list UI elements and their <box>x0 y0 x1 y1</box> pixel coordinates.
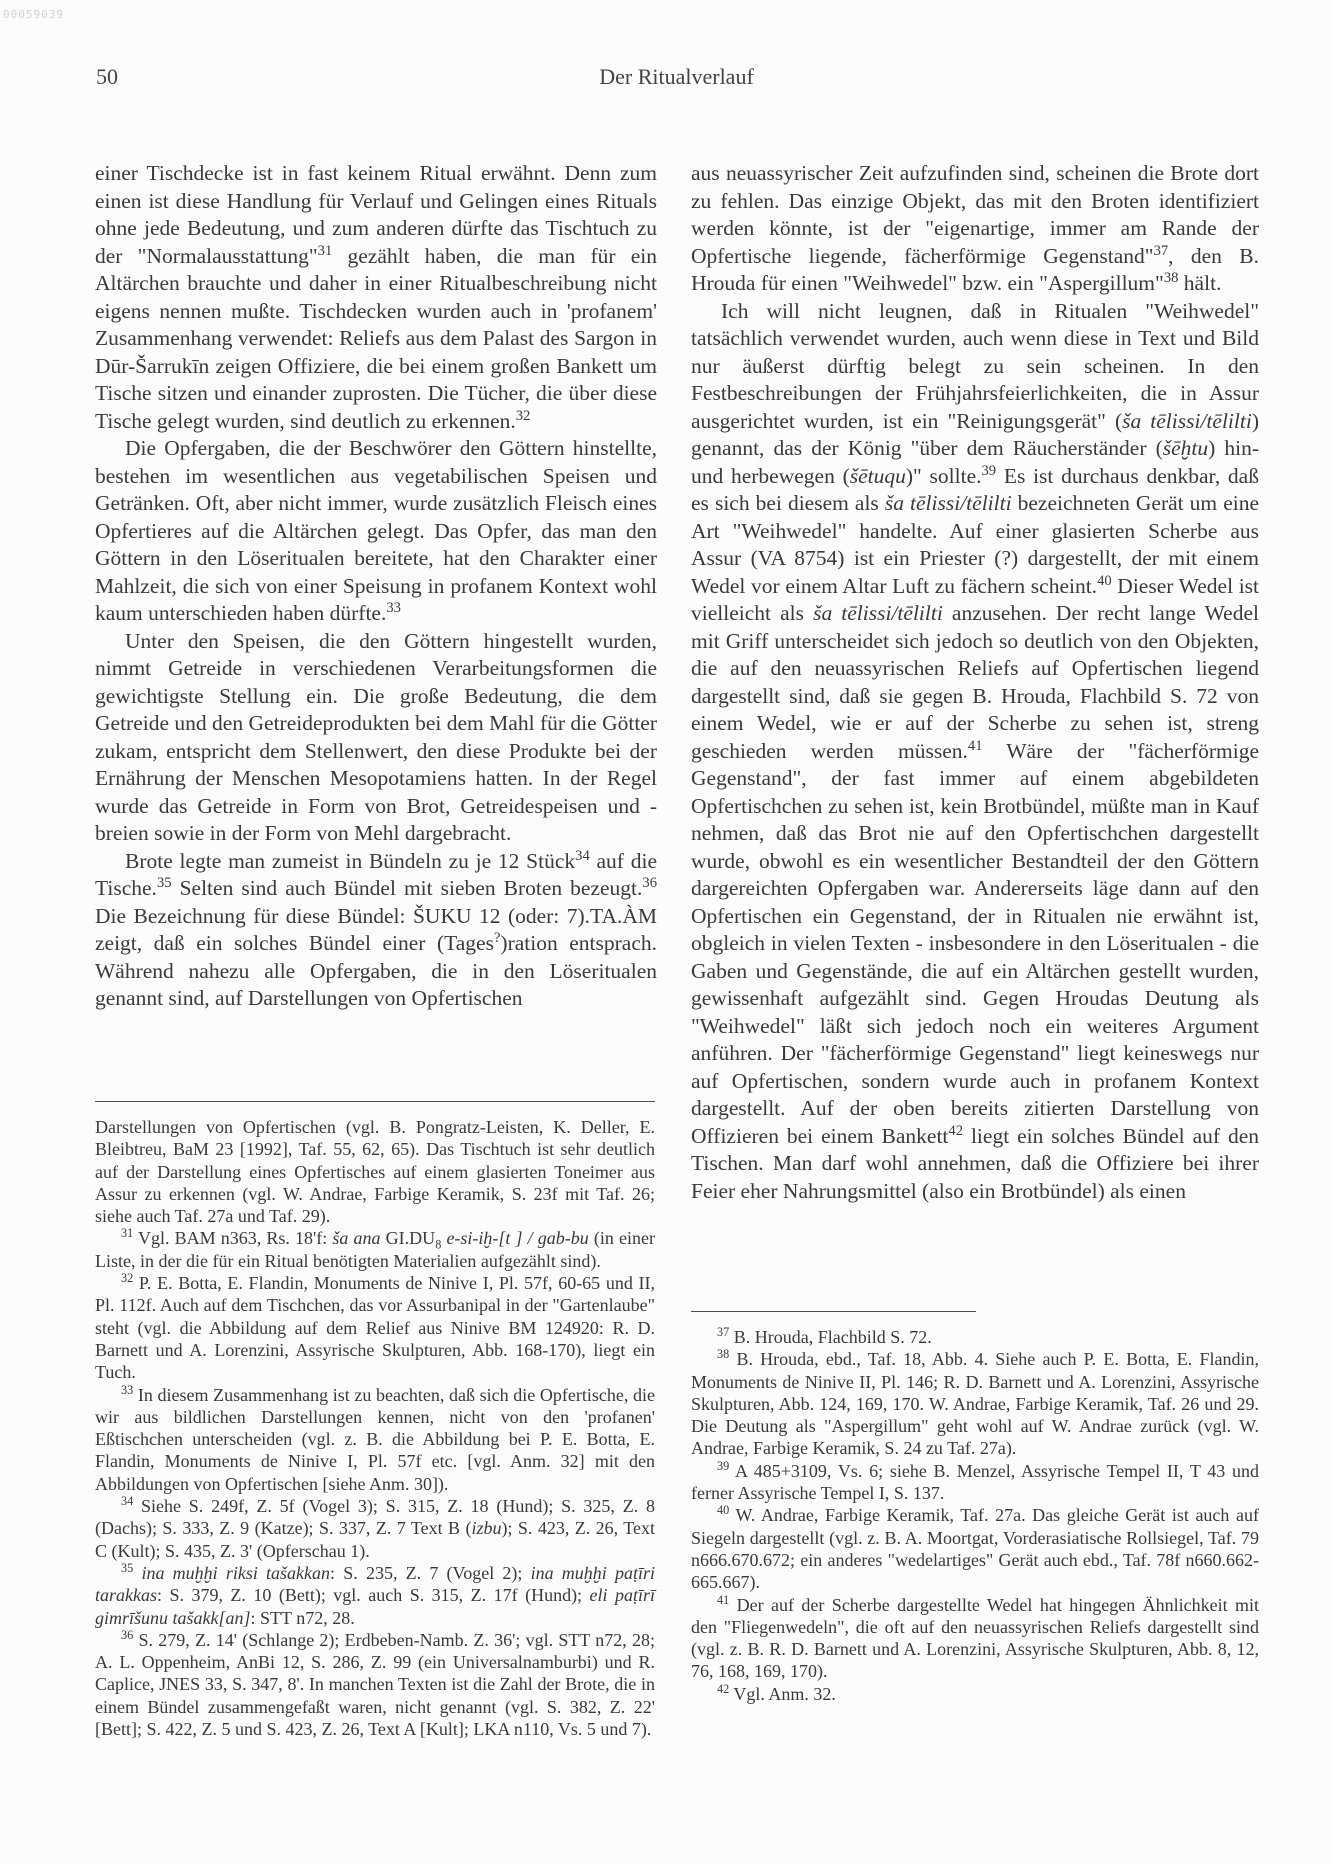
footnote-40: 40 W. Andrae, Farbige Keramik, Taf. 27a.… <box>691 1504 1259 1593</box>
footnote-36: 36 S. 279, Z. 14' (Schlange 2); Erdbeben… <box>95 1629 655 1740</box>
paragraph: einer Tischdecke ist in fast keinem Ritu… <box>95 160 657 435</box>
paragraph: Brote legte man zumeist in Bündeln zu je… <box>95 848 657 1013</box>
footnote-34: 34 Siehe S. 249f, Z. 5f (Vogel 3); S. 31… <box>95 1495 655 1562</box>
footnote-38: 38 B. Hrouda, ebd., Taf. 18, Abb. 4. Sie… <box>691 1348 1259 1459</box>
paragraph: aus neuassyrischer Zeit aufzufinden sind… <box>691 160 1259 298</box>
footnote-31: 31 Vgl. BAM n363, Rs. 18'f: ša ana GI.DU… <box>95 1227 655 1272</box>
footnote-35: 35 ina muḫḫi riksi tašakkan: S. 235, Z. … <box>95 1562 655 1629</box>
scan-number: 00059039 <box>3 8 64 21</box>
footnote-separator-rule <box>691 1311 976 1312</box>
right-column: aus neuassyrischer Zeit aufzufinden sind… <box>691 160 1259 1205</box>
left-footnotes: Darstellungen von Opfertischen (vgl. B. … <box>95 1101 655 1740</box>
left-column: einer Tischdecke ist in fast keinem Ritu… <box>95 160 657 1013</box>
footnote-separator-rule <box>95 1101 655 1102</box>
footnote-32: 32 P. E. Botta, E. Flandin, Monuments de… <box>95 1272 655 1383</box>
footnote-continuation: Darstellungen von Opfertischen (vgl. B. … <box>95 1116 655 1227</box>
paragraph: Ich will nicht leugnen, daß in Ritualen … <box>691 298 1259 1206</box>
running-title: Der Ritualverlauf <box>95 64 1258 90</box>
footnote-42: 42 Vgl. Anm. 32. <box>691 1683 1259 1705</box>
right-footnotes: 37 B. Hrouda, Flachbild S. 72. 38 B. Hro… <box>691 1311 1259 1705</box>
book-page: 00059039 50 Der Ritualverlauf einer Tisc… <box>0 0 1331 1863</box>
footnote-33: 33 In diesem Zusammenhang ist zu beachte… <box>95 1384 655 1495</box>
footnote-39: 39 A 485+3109, Vs. 6; siehe B. Menzel, A… <box>691 1460 1259 1505</box>
footnote-41: 41 Der auf der Scherbe dargestellte Wede… <box>691 1594 1259 1683</box>
paragraph: Die Opfergaben, die der Beschwörer den G… <box>95 435 657 628</box>
paragraph: Unter den Speisen, die den Göttern hinge… <box>95 628 657 848</box>
footnote-37: 37 B. Hrouda, Flachbild S. 72. <box>691 1326 1259 1348</box>
